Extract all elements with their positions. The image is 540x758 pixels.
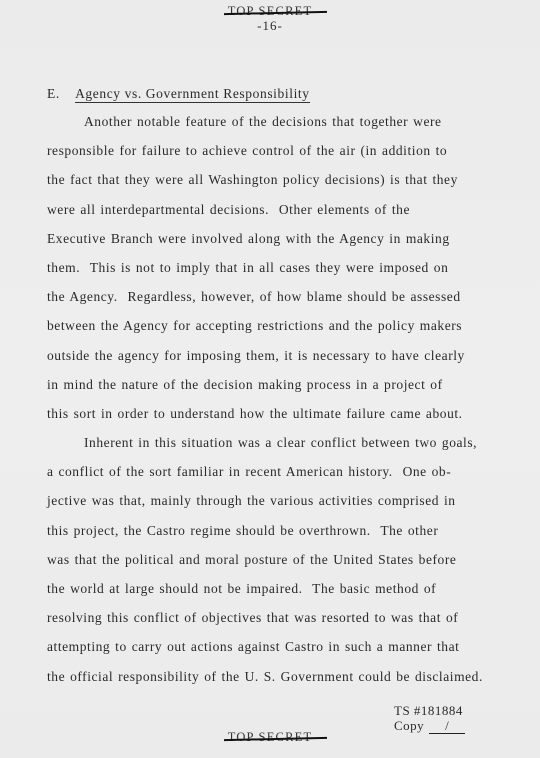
document-page: TOP SECRET -16- E. Agency vs. Government…: [0, 0, 540, 758]
text-line: them. This is not to imply that in all c…: [47, 258, 507, 287]
text-line: this sort in order to understand how the…: [47, 404, 507, 433]
text-line: the fact that they were all Washington p…: [47, 170, 507, 199]
text-line: outside the agency for imposing them, it…: [47, 346, 507, 375]
text-line: between the Agency for accepting restric…: [47, 316, 507, 345]
control-number: TS #181884: [394, 703, 463, 719]
text-line: attempting to carry out actions against …: [47, 637, 507, 666]
classification-marking-top: TOP SECRET: [0, 4, 540, 19]
text-line: Another notable feature of the decisions…: [47, 112, 507, 141]
section-heading: E. Agency vs. Government Responsibility: [47, 86, 310, 102]
section-title: Agency vs. Government Responsibility: [75, 86, 310, 103]
text-line: was that the political and moral posture…: [47, 550, 507, 579]
text-line: the Agency. Regardless, however, of how …: [47, 287, 507, 316]
text-line: the official responsibility of the U. S.…: [47, 667, 507, 696]
text-line: a conflict of the sort familiar in recen…: [47, 462, 507, 491]
text-line: resolving this conflict of objectives th…: [47, 608, 507, 637]
text-line: this project, the Castro regime should b…: [47, 521, 507, 550]
text-line: Executive Branch were involved along wit…: [47, 229, 507, 258]
classification-marking-bottom: TOP SECRET: [0, 730, 540, 745]
text-line: in mind the nature of the decision makin…: [47, 375, 507, 404]
text-line: jective was that, mainly through the var…: [47, 491, 507, 520]
text-line: the world at large should not be impaire…: [47, 579, 507, 608]
text-line: responsible for failure to achieve contr…: [47, 141, 507, 170]
text-line: Inherent in this situation was a clear c…: [47, 433, 507, 462]
section-letter: E.: [47, 86, 60, 101]
text-line: were all interdepartmental decisions. Ot…: [47, 200, 507, 229]
body-text: Another notable feature of the decisions…: [47, 112, 507, 696]
page-number: -16-: [0, 18, 540, 34]
